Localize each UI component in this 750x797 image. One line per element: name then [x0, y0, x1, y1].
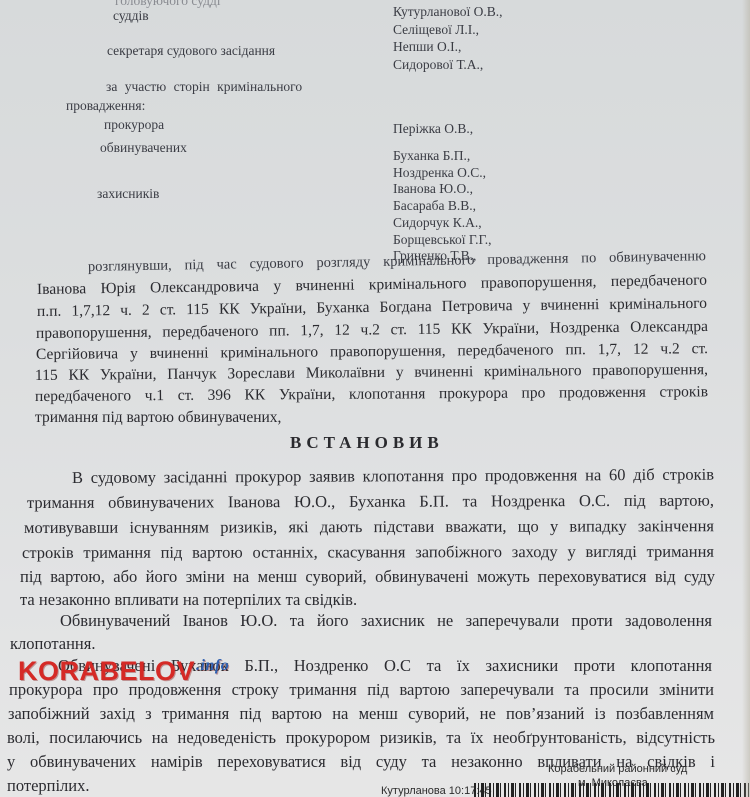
secretary-name-1: Непши О.І., — [393, 39, 461, 55]
defender-name-3: Сидорчук К.А., — [393, 215, 482, 231]
accused-name-1: Буханка Б.П., — [393, 148, 470, 164]
paragraph-line: потерпілих. — [7, 776, 90, 796]
label-accused: обвинувачених — [100, 140, 187, 156]
label-defenders: захисників — [97, 186, 159, 202]
intro-line: Сергійовича у вчиненні кримінального пра… — [36, 340, 708, 364]
judge-name-1: Кутурланової О.В., — [393, 4, 503, 20]
intro-line: правопорушення, передбаченого пп. 1,7, 1… — [36, 318, 708, 343]
court-stamp-name: Корабельний районний суд — [548, 763, 687, 775]
section-heading: ВСТАНОВИВ — [290, 433, 444, 453]
paragraph-line: мотивувавши існуванням ризиків, які дают… — [24, 516, 714, 538]
label-participation-line1: за участю сторін кримінального — [106, 79, 302, 95]
paragraph-line: запобіжний захід з тримання під вартою н… — [8, 704, 714, 724]
judge-name-2: Селіщевої Л.І., — [393, 22, 479, 38]
paragraph-line: Обвинувачений Іванов Ю.О. та його захисн… — [60, 611, 712, 631]
defender-name-1: Іванова Ю.О., — [393, 181, 473, 197]
paragraph-line: та незаконно впливати на потерпілих та с… — [20, 590, 357, 610]
label-secretary: секретаря судового засідання — [107, 43, 275, 59]
label-participation-line2: провадження: — [66, 98, 145, 114]
prosecutor-name: Періжка О.В., — [393, 121, 473, 137]
accused-name-2: Ноздренка О.С., — [393, 165, 486, 181]
paragraph-line: під вартою, або його зміни на менш сувор… — [20, 567, 715, 587]
paragraph-line: строків тримання під вартою останніх, ск… — [22, 542, 714, 563]
paragraph-line: В судовому засіданні прокурор заявив кло… — [72, 465, 714, 488]
defender-name-4: Борщевської Г.Г., — [393, 232, 492, 248]
intro-line: п.п. 1,7,12 ч. 2 ст. 115 КК України, Бух… — [37, 295, 707, 321]
paragraph-line: тримання обвинувачених Іванова Ю.О., Бух… — [27, 491, 714, 513]
intro-line: 115 КК України, Панчук Зореслави Миколаї… — [35, 361, 708, 385]
watermark-brand: KORABELOV — [18, 656, 195, 686]
paragraph-line: клопотання. — [10, 634, 95, 654]
label-judges: суддів — [113, 8, 149, 24]
intro-line: Іванова Юрія Олександровича у вчиненні к… — [37, 272, 707, 299]
paragraph-line: волі, посилаючись на недоведеність проку… — [7, 728, 715, 748]
document-page: головуючого судді суддів Кутурланової О.… — [0, 0, 750, 797]
barcode — [474, 783, 750, 797]
defender-name-2: Басараба В.В., — [393, 198, 476, 214]
secretary-name-2: Сидорової Т.А., — [393, 57, 483, 73]
watermark-logo: KORABELOV.info — [18, 656, 229, 687]
label-prosecutor: прокурора — [104, 117, 164, 133]
intro-line: передбаченого ч.1 ст. 396 КК України, кл… — [35, 383, 708, 406]
intro-line: тримання під вартою обвинувачених, — [35, 409, 281, 427]
watermark-suffix: .info — [196, 657, 229, 674]
